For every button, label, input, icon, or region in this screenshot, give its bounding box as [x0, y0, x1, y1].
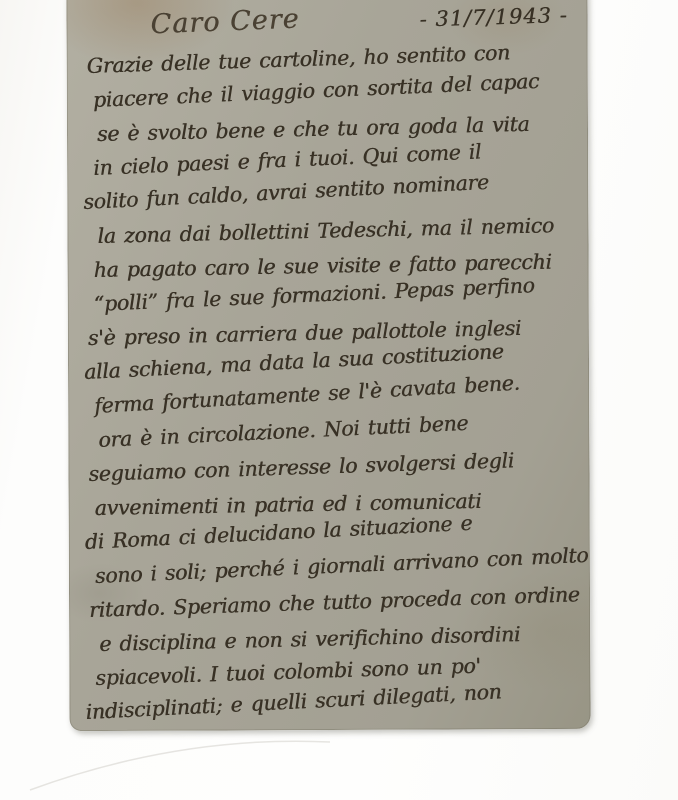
scan-background: Caro Cere - 31/7/1943 - Grazie delle tue…: [0, 0, 678, 800]
postcard: Caro Cere - 31/7/1943 - Grazie delle tue…: [66, 0, 590, 731]
date: - 31/7/1943 -: [419, 3, 568, 32]
letter-body: Grazie delle tue cartoline, ho sentito c…: [93, 47, 573, 729]
greeting: Caro Cere: [150, 4, 300, 41]
